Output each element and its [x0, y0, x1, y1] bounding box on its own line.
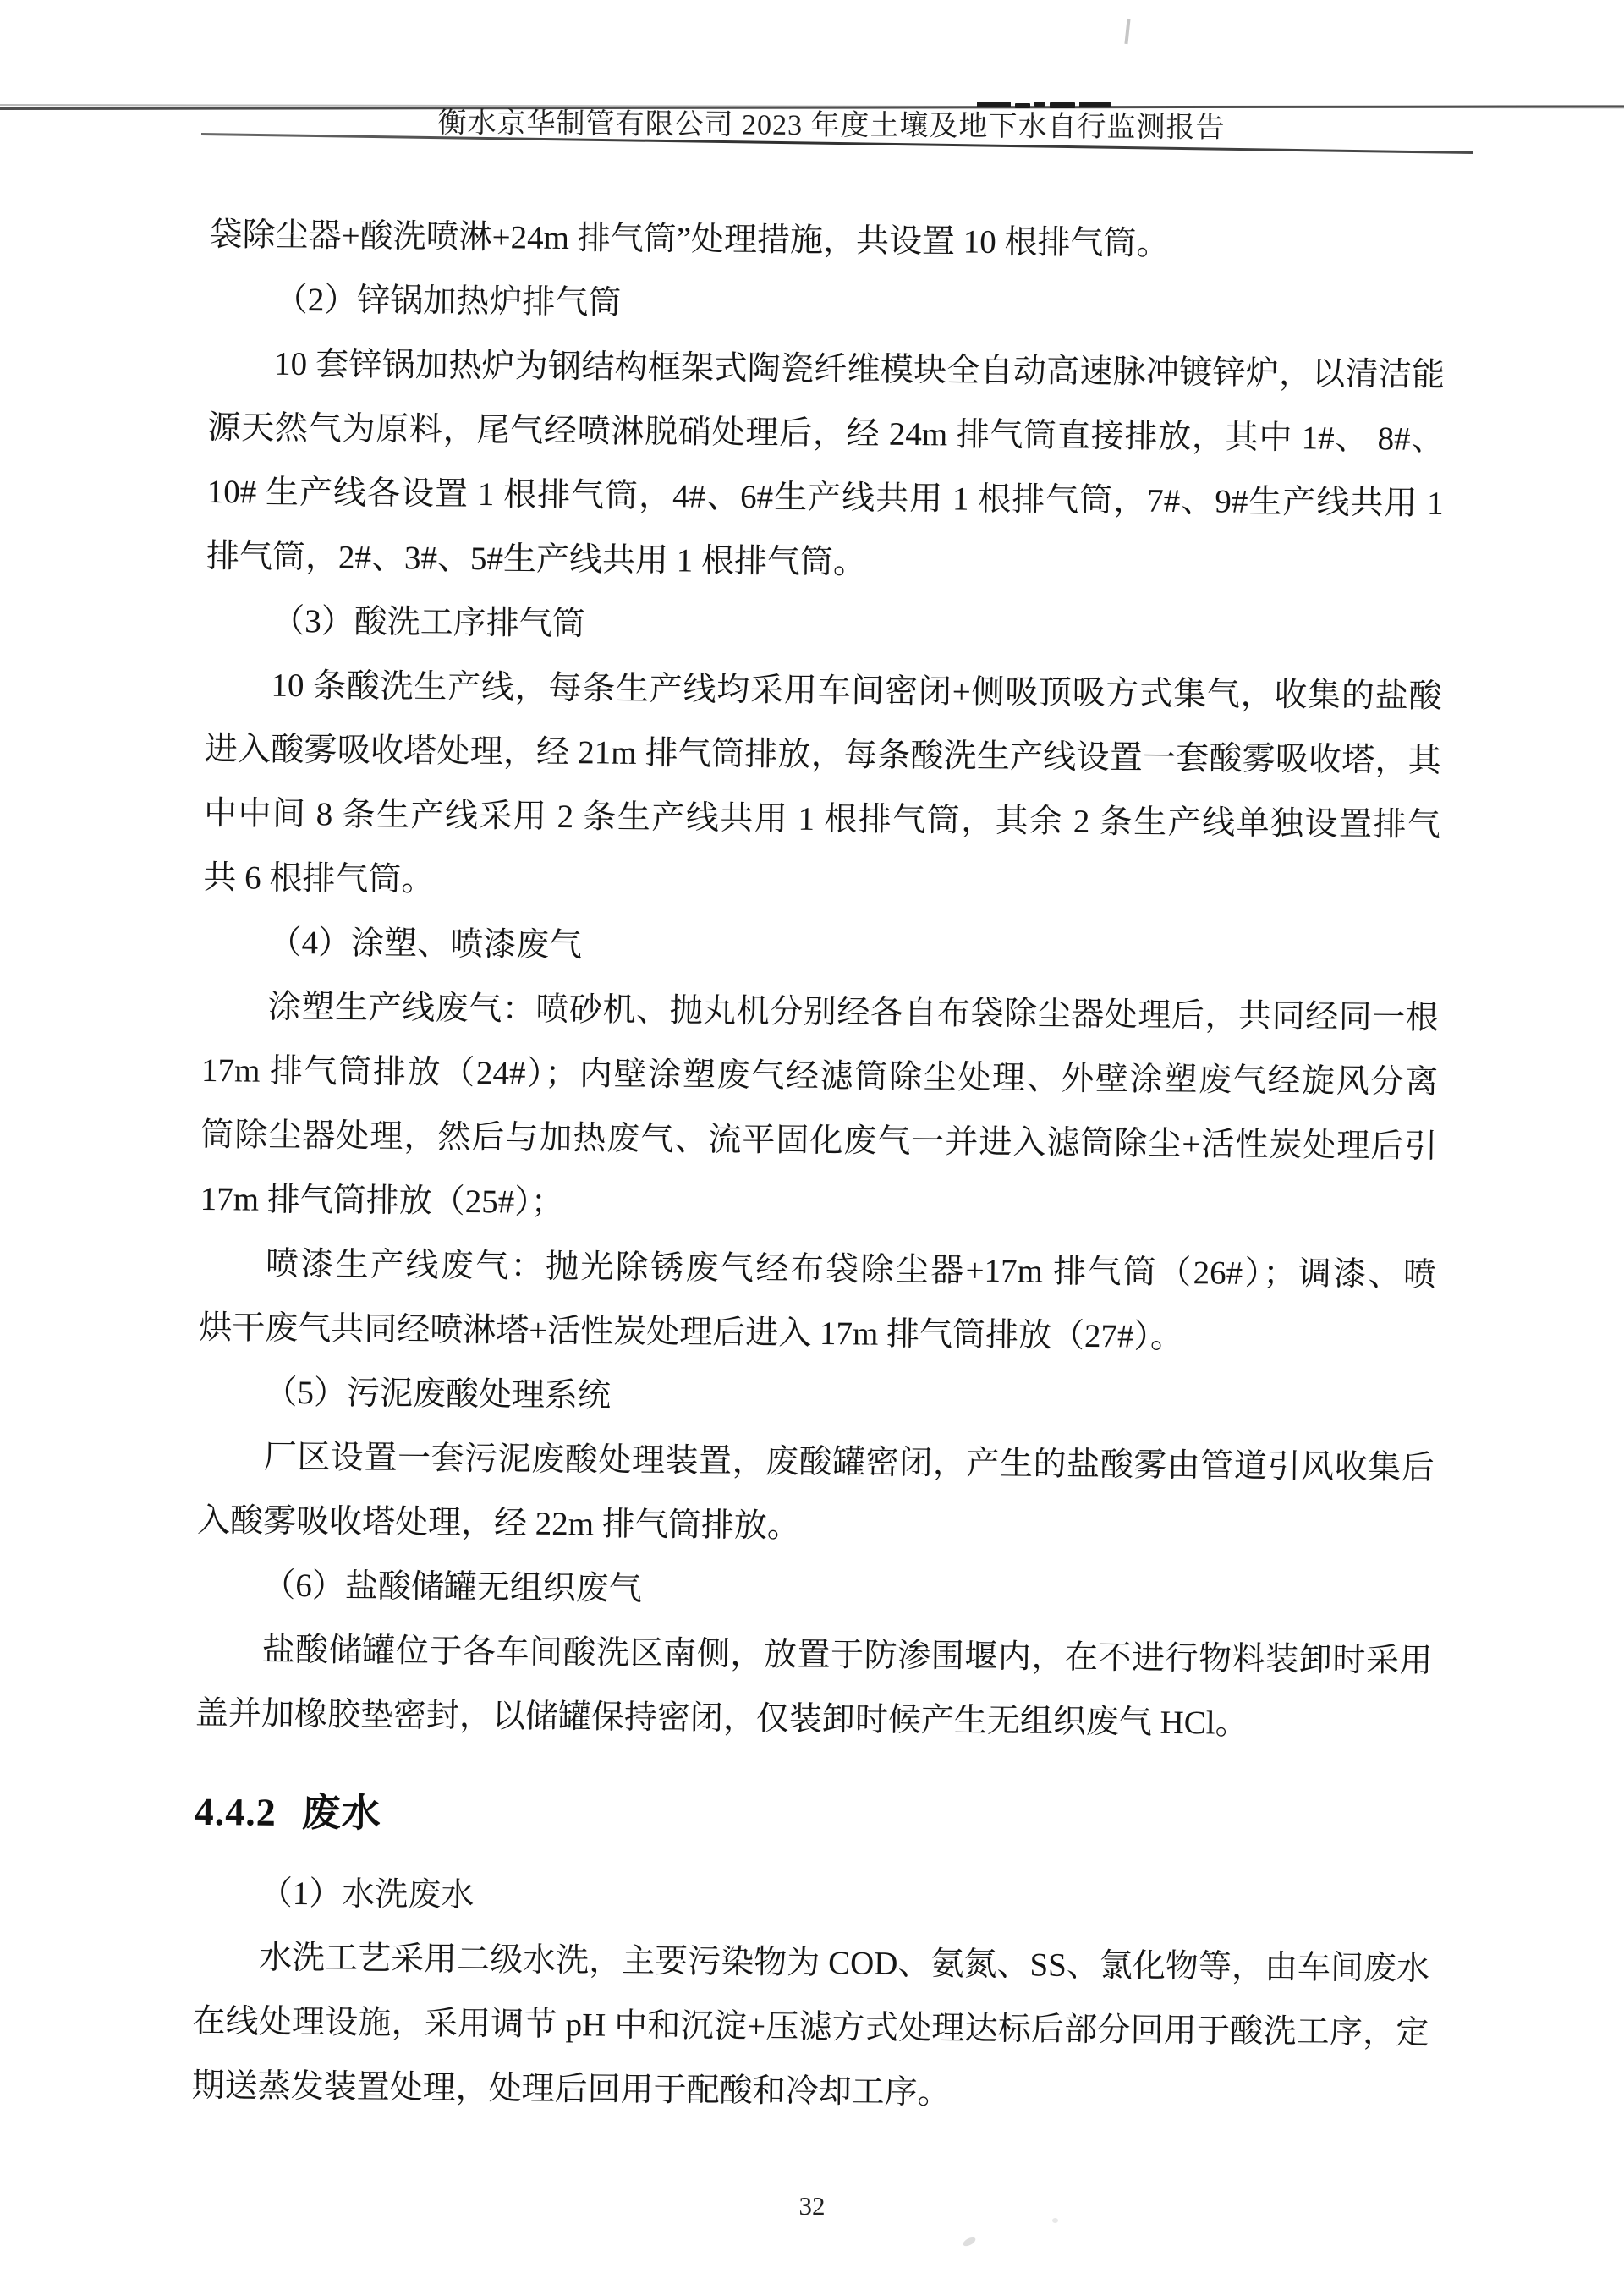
text-line: 喷漆生产线废气：抛光除锈废气经布袋除尘器+17m 排气筒（26#）；调漆、喷漆、 [200, 1232, 1437, 1308]
text-line: 10# 生产线各设置 1 根排气筒，4#、6#生产线共用 1 根排气筒，7#、9… [206, 460, 1444, 536]
text-line: 水洗工艺采用二级水洗，主要污染物为 COD、氨氮、SS、氯化物等，由车间废水 [193, 1925, 1430, 2001]
scan-speck [1052, 2218, 1058, 2223]
section-heading: 4.4.2废水 [194, 1776, 1431, 1859]
heading-label: 废水 [301, 1791, 381, 1835]
scan-dash-mark [1015, 103, 1030, 108]
body-text: 袋除尘器+酸洗喷淋+24m 排气筒”处理措施，共设置 10 根排气筒。（2）锌锅… [191, 203, 1446, 2130]
text-line: （2）锌锅加热炉排气筒 [209, 267, 1446, 343]
text-line: 袋除尘器+酸洗喷淋+24m 排气筒”处理措施，共设置 10 根排气筒。 [209, 203, 1446, 279]
text-line: 筒除尘器处理，然后与加热废气、流平固化废气一并进入滤筒除尘+活性炭处理后引入 [200, 1103, 1438, 1179]
text-line: 进入酸雾吸收塔处理，经 21m 排气筒排放，每条酸洗生产线设置一套酸雾吸收塔，其 [204, 717, 1441, 793]
text-line: （5）污泥废酸处理系统 [198, 1360, 1435, 1436]
text-line: 源天然气为原料，尾气经喷淋脱硝处理后，经 24m 排气筒直接排放，其中 1#、 … [207, 396, 1445, 472]
scan-dash-mark [1050, 102, 1075, 108]
text-line: 盖并加橡胶垫密封，以储罐保持密闭，仅装卸时候产生无组织废气 HCl。 [195, 1682, 1432, 1758]
text-line: 10 条酸洗生产线，每条生产线均采用车间密闭+侧吸顶吸方式集气，收集的盐酸雾 [205, 653, 1442, 729]
text-line: （4）涂塑、喷漆废气 [202, 910, 1440, 986]
page-number: 32 [0, 2188, 1624, 2225]
text-line: 烘干废气共同经喷淋塔+活性炭处理后进入 17m 排气筒排放（27#）。 [199, 1296, 1436, 1372]
text-line: 期送蒸发装置处理，处理后回用于配酸和冷却工序。 [191, 2054, 1429, 2130]
scan-speck [962, 2236, 977, 2248]
text-line: 17m 排气筒排放（25#）； [200, 1167, 1437, 1244]
heading-number: 4.4.2 [195, 1790, 277, 1834]
scan-dash-mark [977, 102, 1011, 107]
text-line: 排气筒，2#、3#、5#生产线共用 1 根排气筒。 [206, 524, 1444, 601]
text-line: 在线处理设施，采用调节 pH 中和沉淀+压滤方式处理达标后部分回用于酸洗工序，定 [192, 1990, 1429, 2066]
text-line: （6）盐酸储罐无组织废气 [196, 1553, 1434, 1629]
scan-dash-mark [1079, 102, 1111, 107]
scan-dash-mark [1034, 102, 1045, 107]
text-line: 厂区设置一套污泥废酸处理装置，废酸罐密闭，产生的盐酸雾由管道引风收集后进 [197, 1425, 1435, 1501]
text-line: 共 6 根排气筒。 [203, 846, 1440, 922]
text-line: 入酸雾吸收塔处理，经 22m 排气筒排放。 [197, 1489, 1435, 1565]
text-line: 中中间 8 条生产线采用 2 条生产线共用 1 根排气筒，其余 2 条生产线单独… [204, 782, 1441, 858]
scan-artifact-mark [1124, 19, 1130, 44]
text-line: 涂塑生产线废气：喷砂机、抛丸机分别经各自布袋除尘器处理后，共同经同一根 [202, 975, 1440, 1051]
text-line: 17m 排气筒排放（24#）；内壁涂塑废气经滤筒除尘处理、外壁涂塑废气经旋风分离… [201, 1039, 1439, 1115]
text-line: 盐酸储罐位于各车间酸洗区南侧，放置于防渗围堰内，在不进行物料装卸时采用盖 [195, 1617, 1433, 1694]
text-line: 10 套锌锅加热炉为钢结构框架式陶瓷纤维模块全自动高速脉冲镀锌炉，以清洁能 [208, 332, 1446, 408]
document-page: 衡水京华制管有限公司 2023 年度土壤及地下水自行监测报告 袋除尘器+酸洗喷淋… [0, 0, 1624, 2295]
text-line: （3）酸洗工序排气筒 [206, 589, 1443, 665]
text-line: （1）水洗废水 [193, 1861, 1430, 1937]
